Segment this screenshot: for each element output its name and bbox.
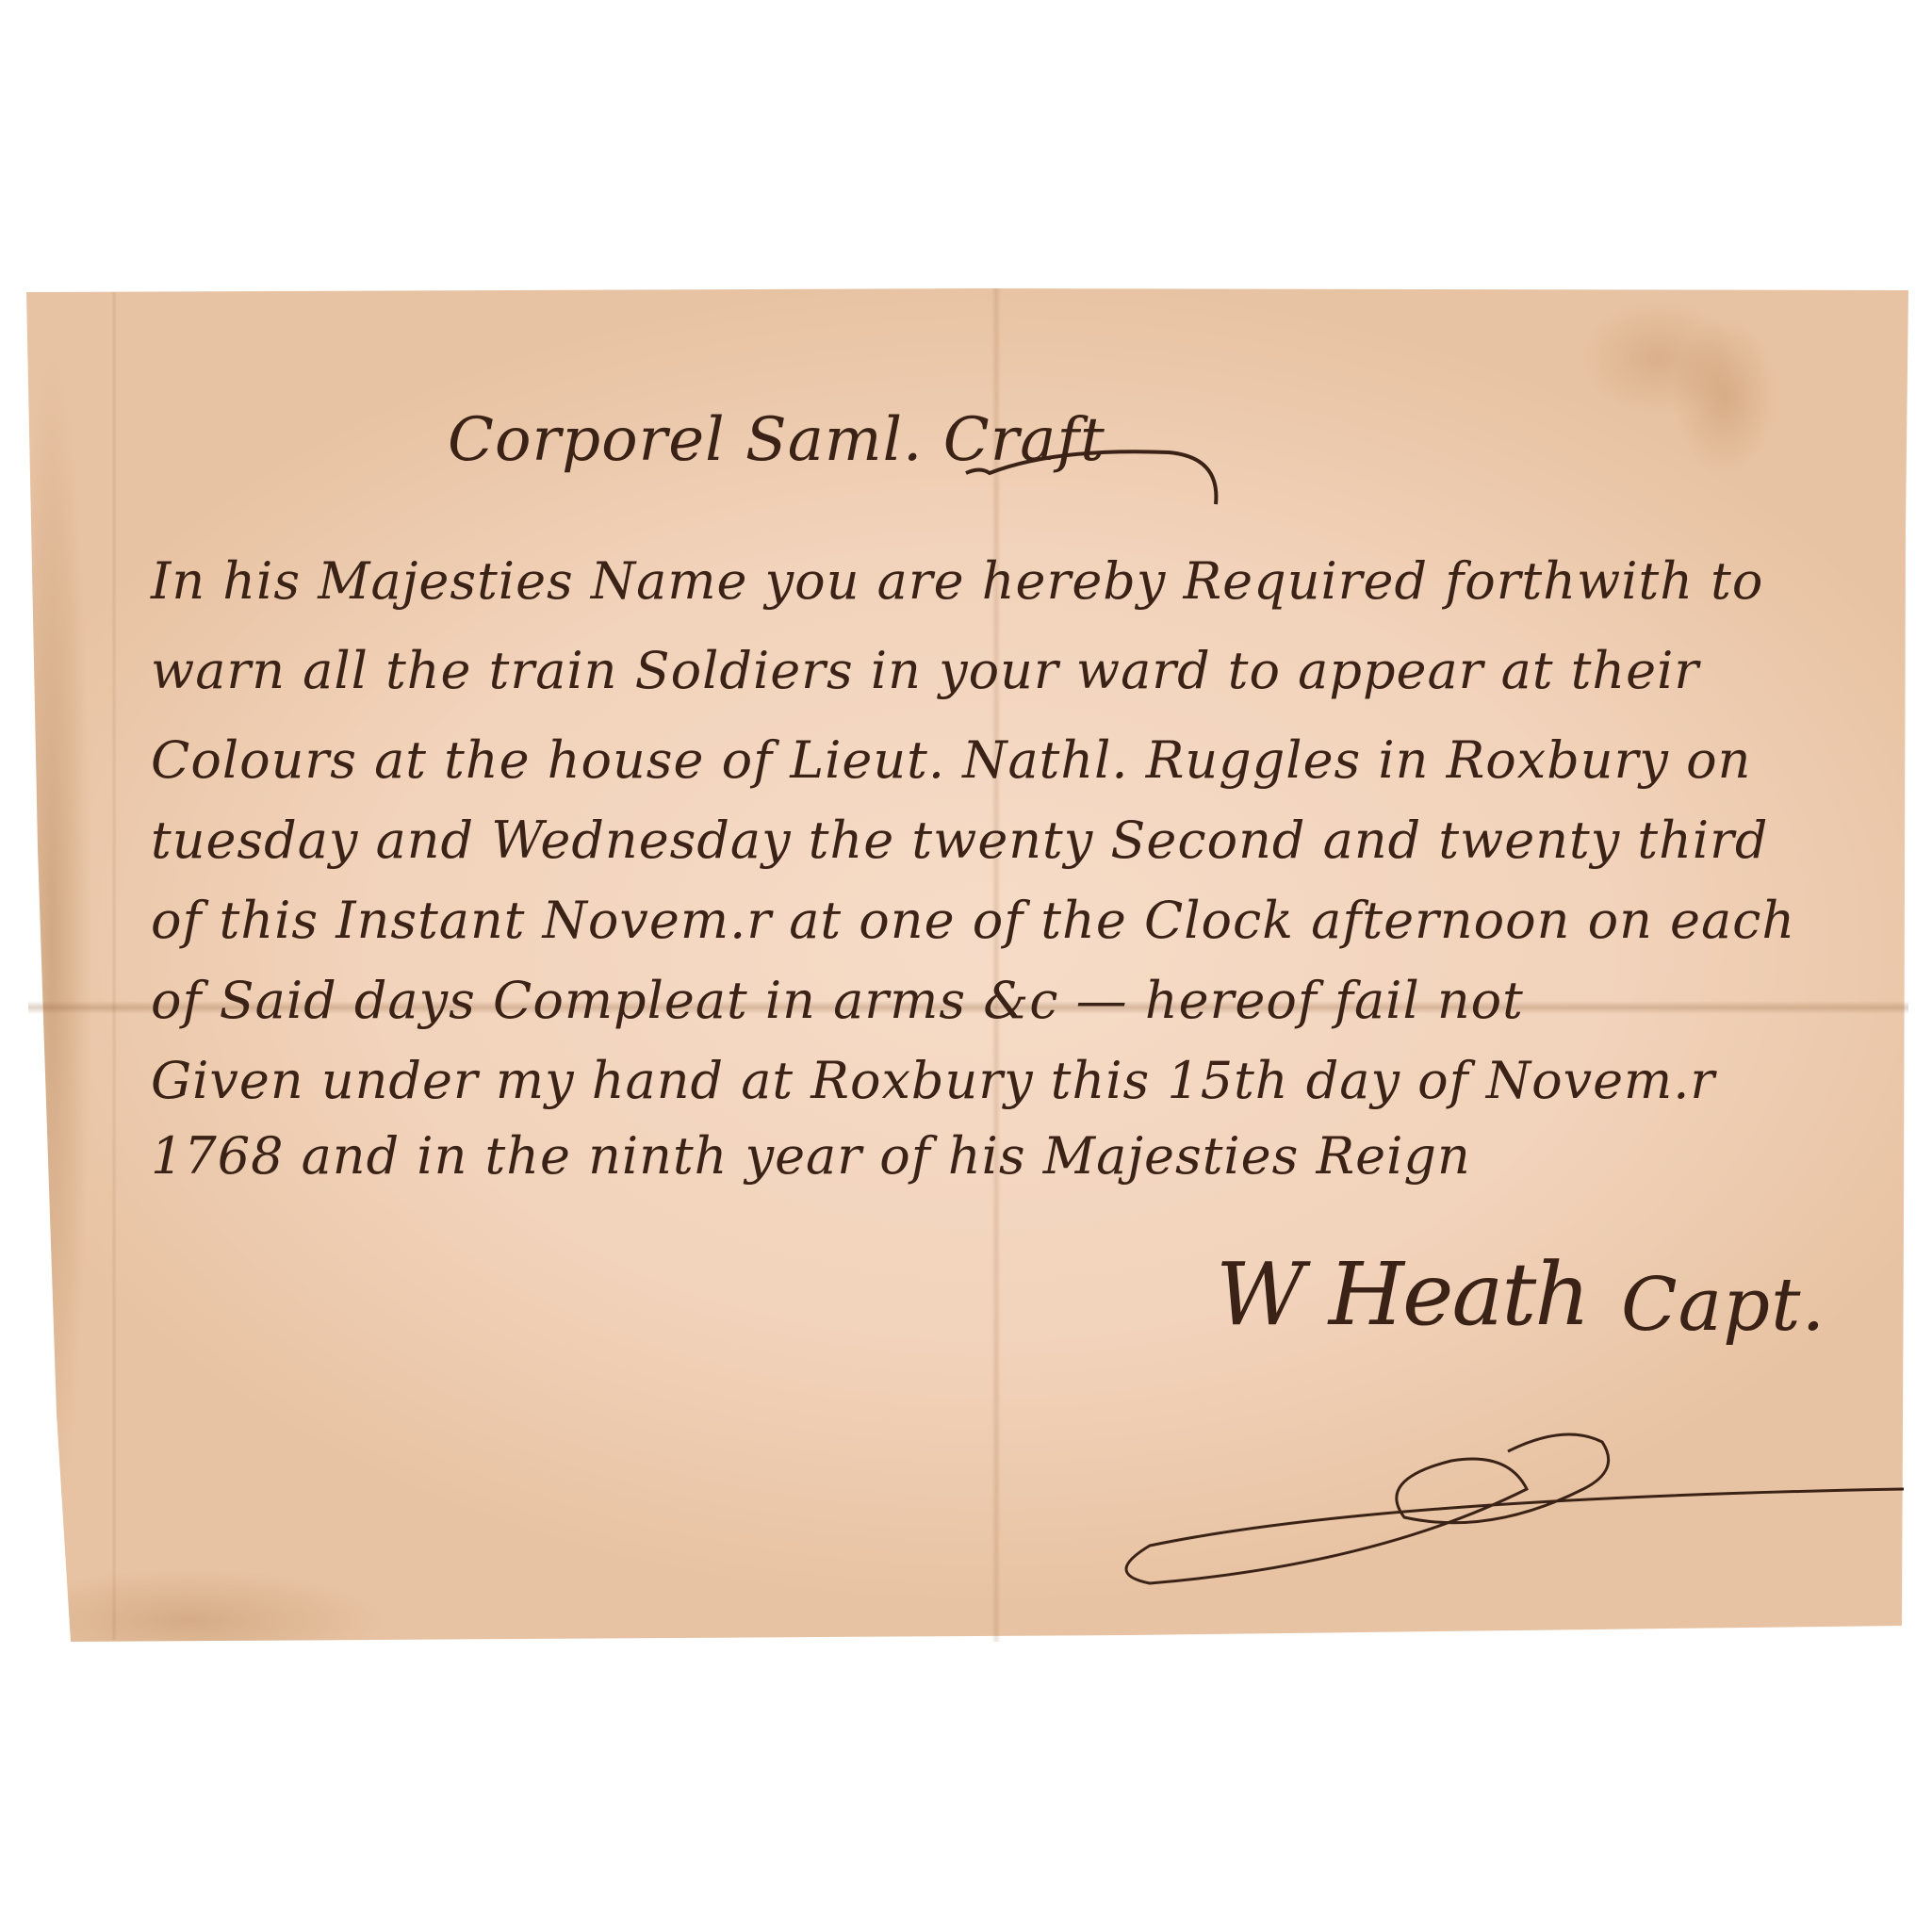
signature-title: Capt. bbox=[1621, 1263, 1826, 1348]
heading-flourish bbox=[952, 415, 1235, 509]
body-line-8: 1768 and in the ninth year of his Majest… bbox=[151, 1126, 1471, 1186]
left-margin-crease bbox=[111, 292, 117, 1640]
signature-paraph-flourish bbox=[1093, 1414, 1904, 1602]
document-paper bbox=[0, 0, 1932, 1932]
body-line-3: Colours at the house of Lieut. Nathl. Ru… bbox=[151, 730, 1751, 790]
signature-name: W Heath bbox=[1216, 1244, 1589, 1345]
body-line-7: Given under my hand at Roxbury this 15th… bbox=[151, 1051, 1715, 1110]
body-line-6: of Said days Compleat in arms &c — hereo… bbox=[151, 971, 1524, 1030]
body-line-4: tuesday and Wednesday the twenty Second … bbox=[151, 810, 1769, 870]
body-line-2: warn all the train Soldiers in your ward… bbox=[151, 641, 1699, 700]
body-line-1: In his Majesties Name you are hereby Req… bbox=[151, 551, 1763, 611]
body-line-5: of this Instant Novem.r at one of the Cl… bbox=[151, 891, 1795, 950]
